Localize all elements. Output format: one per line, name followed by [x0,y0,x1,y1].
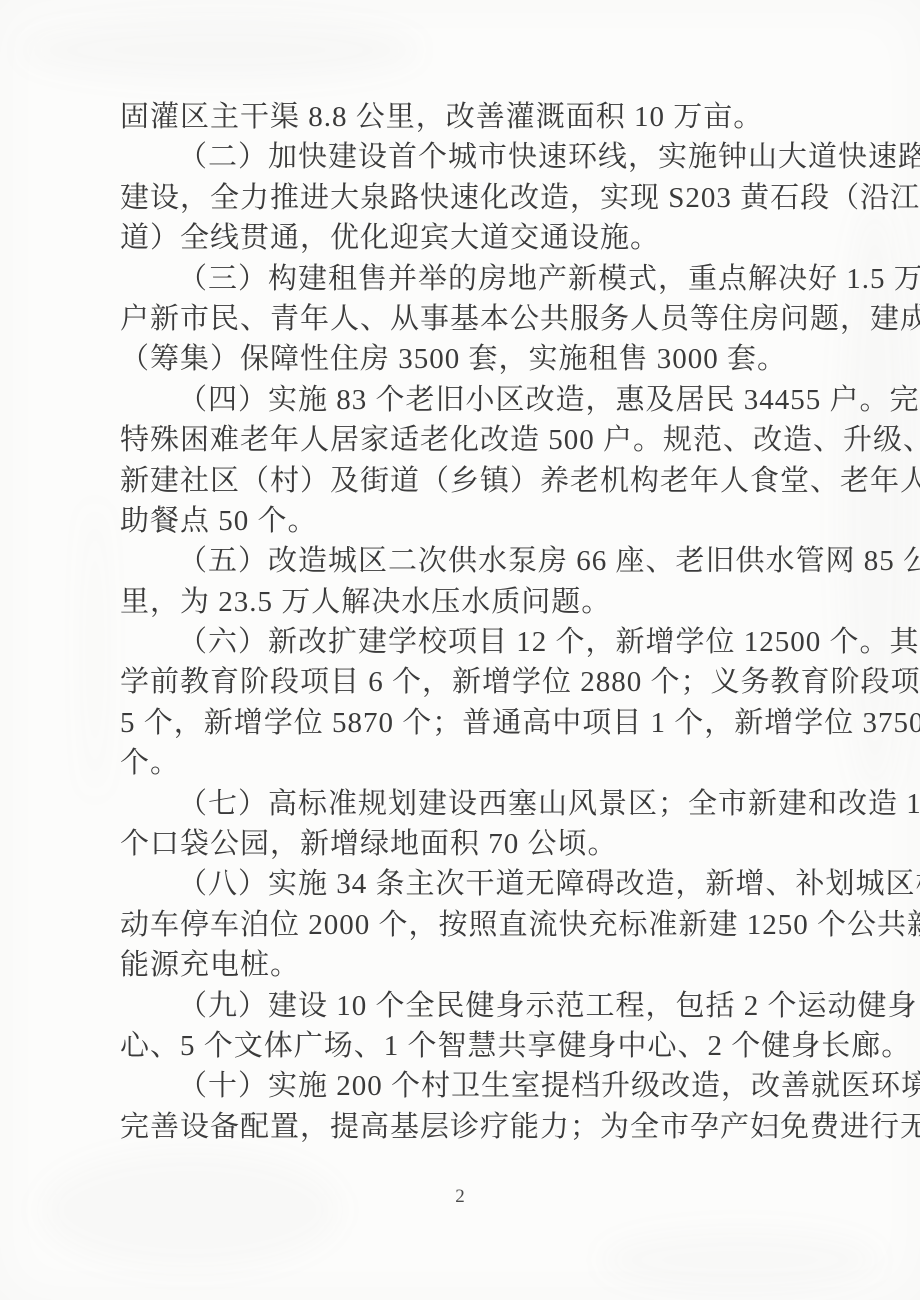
text-line: 5 个，新增学位 5870 个；普通高中项目 1 个，新增学位 3750 [120,703,810,743]
text-line: （八）实施 34 条主次干道无障碍改造，新增、补划城区机 [120,864,810,904]
text-line: 户新市民、青年人、从事基本公共服务人员等住房问题，建成 [120,299,810,339]
scan-artifact [20,20,420,80]
text-line: 里，为 23.5 万人解决水压水质问题。 [120,582,810,622]
text-line: 心、5 个文体广场、1 个智慧共享健身中心、2 个健身长廊。 [120,1026,810,1066]
text-line: （五）改造城区二次供水泵房 66 座、老旧供水管网 85 公 [120,541,810,581]
text-line: （二）加快建设首个城市快速环线，实施钟山大道快速路 [120,137,810,177]
text-line: 完善设备配置，提高基层诊疗能力；为全市孕产妇免费进行无 [120,1107,810,1147]
scan-artifact [600,1230,880,1290]
text-line: 道）全线贯通，优化迎宾大道交通设施。 [120,218,810,258]
text-line: 个口袋公园，新增绿地面积 70 公顷。 [120,824,810,864]
document-page: 固灌区主干渠 8.8 公里，改善灌溉面积 10 万亩。 （二）加快建设首个城市快… [0,0,920,1300]
text-line: 固灌区主干渠 8.8 公里，改善灌溉面积 10 万亩。 [120,97,810,137]
text-line: （六）新改扩建学校项目 12 个，新增学位 12500 个。其中， [120,622,810,662]
text-line: （十）实施 200 个村卫生室提档升级改造，改善就医环境， [120,1066,810,1106]
scan-artifact [85,500,105,800]
text-line: （四）实施 83 个老旧小区改造，惠及居民 34455 户。完成 [120,380,810,420]
text-line: 学前教育阶段项目 6 个，新增学位 2880 个；义务教育阶段项目 [120,662,810,702]
text-line: 特殊困难老年人居家适老化改造 500 户。规范、改造、升级、 [120,420,810,460]
text-line: （九）建设 10 个全民健身示范工程，包括 2 个运动健身中 [120,986,810,1026]
text-line: 助餐点 50 个。 [120,501,810,541]
text-line: 建设，全力推进大泉路快速化改造，实现 S203 黄石段（沿江大 [120,178,810,218]
page-number: 2 [0,1186,920,1208]
document-body: 固灌区主干渠 8.8 公里，改善灌溉面积 10 万亩。 （二）加快建设首个城市快… [120,97,810,1147]
text-line: （筹集）保障性住房 3500 套，实施租售 3000 套。 [120,339,810,379]
text-line: 新建社区（村）及街道（乡镇）养老机构老年人食堂、老年人 [120,461,810,501]
text-line: （七）高标准规划建设西塞山风景区；全市新建和改造 12 [120,784,810,824]
text-line: 动车停车泊位 2000 个，按照直流快充标准新建 1250 个公共新 [120,905,810,945]
text-line: 能源充电桩。 [120,945,810,985]
text-line: 个。 [120,743,810,783]
scan-artifact [40,1150,340,1270]
text-line: （三）构建租售并举的房地产新模式，重点解决好 1.5 万 [120,259,810,299]
